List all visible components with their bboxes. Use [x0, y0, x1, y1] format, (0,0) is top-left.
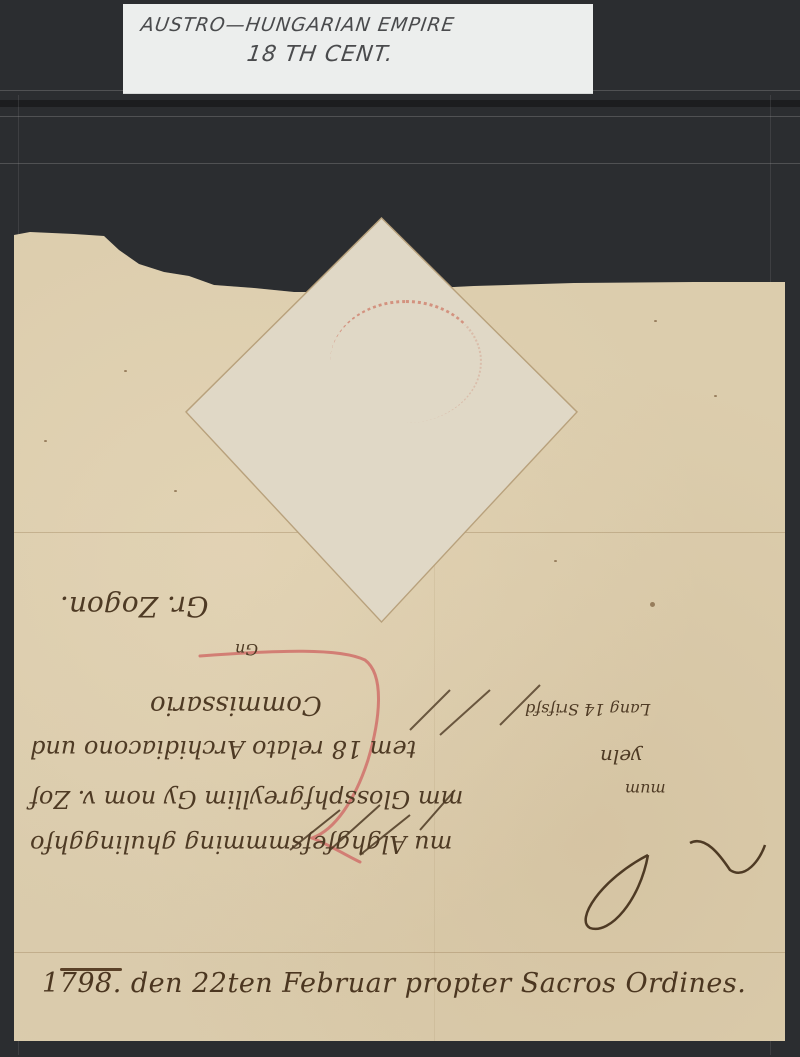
address-line: tem 18 relato Archidiacono und [30, 735, 416, 763]
address-line: Commissario [150, 690, 322, 720]
address-fragment: Lang 14 Srifsfd [525, 700, 650, 719]
docket-note: 1798. den 22ten Februar propter Sacros O… [42, 968, 746, 999]
address-line: Gr. Zogon. [60, 590, 209, 623]
ink-flourish [0, 0, 800, 1057]
address-fragment: yeln [600, 745, 642, 769]
address-line: mm Glossphfgreyllim Gy nom v. Zof [30, 785, 463, 813]
address-line: mu Alghgfefsmmming ghulingghfo [30, 830, 452, 858]
address-line: Gn [235, 640, 258, 659]
address-fragment: mum [625, 780, 666, 799]
